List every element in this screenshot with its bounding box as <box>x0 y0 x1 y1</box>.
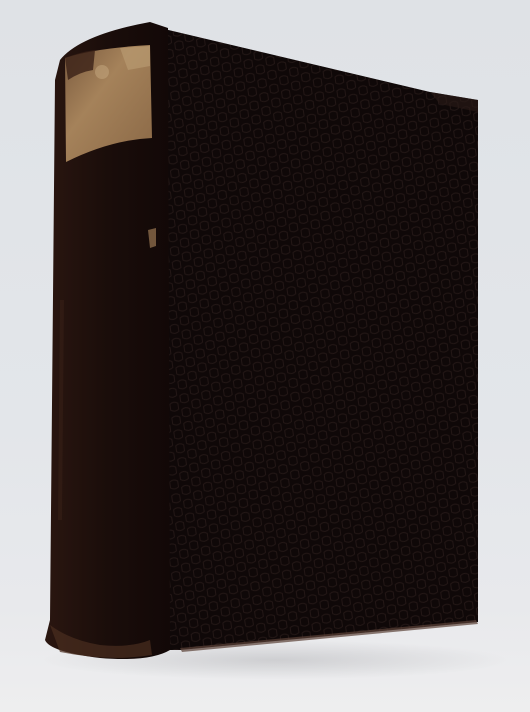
photo-scene <box>0 0 530 712</box>
book <box>0 0 530 712</box>
